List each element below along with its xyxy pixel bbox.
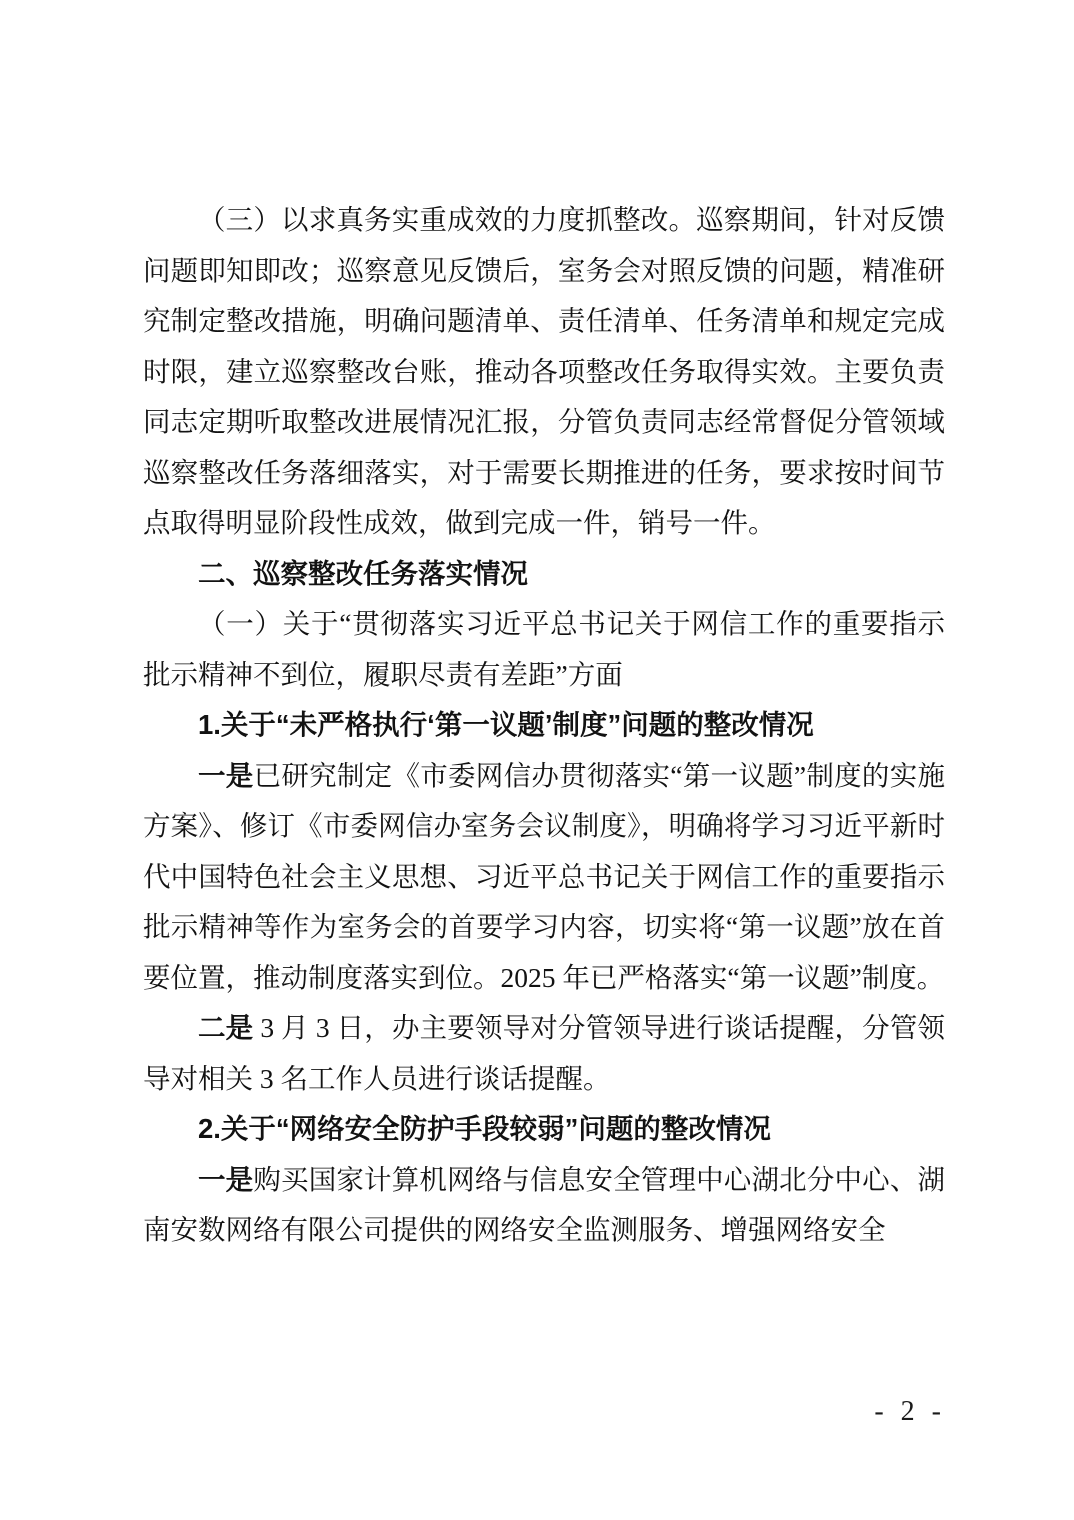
paragraph-lead: 一是 <box>198 1164 253 1195</box>
paragraph-text: 购买国家计算机网络与信息安全管理中心湖北分中心、湖南安数网络有限公司提供的网络安… <box>143 1164 945 1246</box>
paragraph-first-topic-measure-one: 一是已研究制定《市委网信办贯彻落实“第一议题”制度的实施方案》、修订《市委网信办… <box>143 751 945 1004</box>
document-page: （三）以求真务实重成效的力度抓整改。巡察期间，针对反馈问题即知即改；巡察意见反馈… <box>0 0 1074 1520</box>
paragraph-lead: 二是 <box>198 1012 253 1043</box>
subsection-heading-aspect-one: （一）关于“贯彻落实习近平总书记关于网信工作的重要指示批示精神不到位，履职尽责有… <box>143 599 945 700</box>
paragraph-text: 已研究制定《市委网信办贯彻落实“第一议题”制度的实施方案》、修订《市委网信办室务… <box>143 760 945 993</box>
paragraph-text: 巡察期间，针对反馈问题即知即改；巡察意见反馈后，室务会对照反馈的问题，精准研究制… <box>143 204 945 538</box>
paragraph-lead: （三）以求真务实重成效的力度抓整改。 <box>198 204 696 235</box>
item-heading-network-security: 2.关于“网络安全防护手段较弱”问题的整改情况 <box>143 1104 945 1155</box>
page-number: - 2 - <box>874 1396 946 1428</box>
section-heading-implementation-status: 二、巡察整改任务落实情况 <box>143 549 945 600</box>
paragraph-network-security-measure-one: 一是购买国家计算机网络与信息安全管理中心湖北分中心、湖南安数网络有限公司提供的网… <box>143 1155 945 1256</box>
paragraph-text: 3 月 3 日，办主要领导对分管领导进行谈话提醒，分管领导对相关 3 名工作人员… <box>143 1012 945 1094</box>
item-heading-first-topic-system: 1.关于“未严格执行‘第一议题’制度”问题的整改情况 <box>143 700 945 751</box>
paragraph-lead: 一是 <box>198 760 254 791</box>
document-body: （三）以求真务实重成效的力度抓整改。巡察期间，针对反馈问题即知即改；巡察意见反馈… <box>143 195 945 1256</box>
paragraph-first-topic-measure-two: 二是 3 月 3 日，办主要领导对分管领导进行谈话提醒，分管领导对相关 3 名工… <box>143 1003 945 1104</box>
paragraph-rectification-approach: （三）以求真务实重成效的力度抓整改。巡察期间，针对反馈问题即知即改；巡察意见反馈… <box>143 195 945 549</box>
